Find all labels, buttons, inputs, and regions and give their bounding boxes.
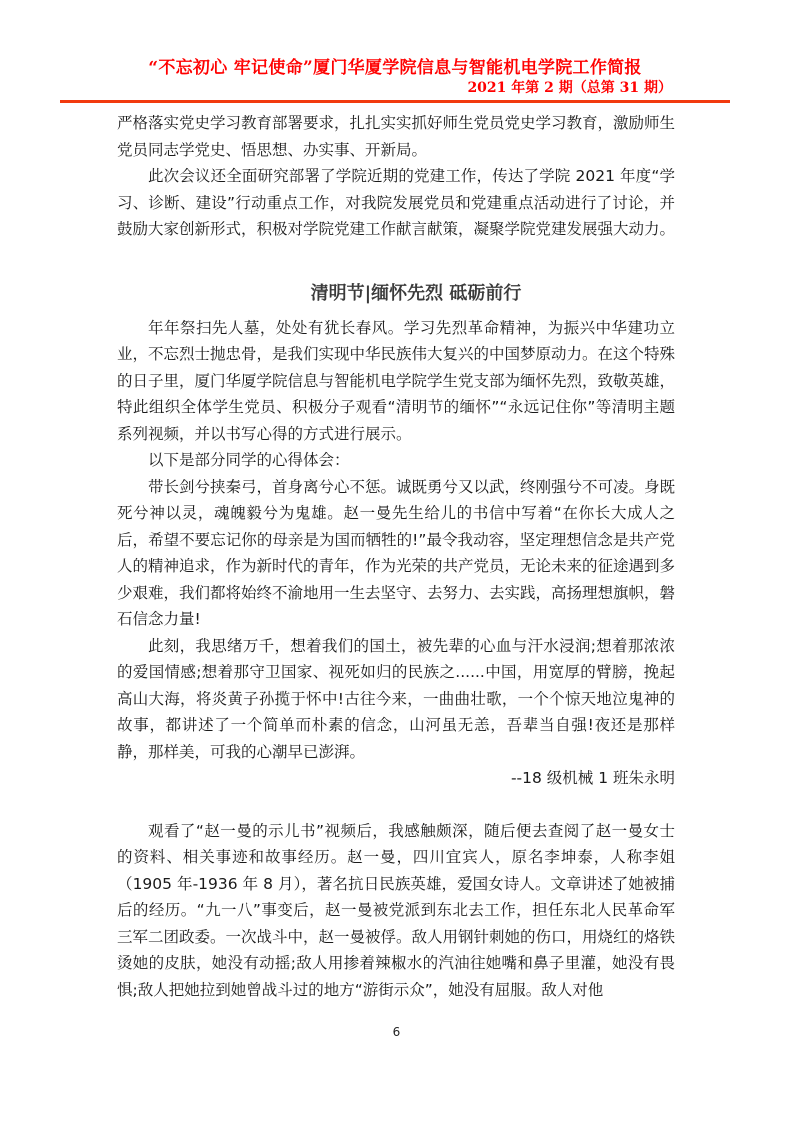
reflection-paragraph-1: 带长剑兮挟秦弓，首身离兮心不惩。诚既勇兮又以武，终刚强兮不可凌。身既死兮神以灵，… (117, 474, 675, 633)
section-title: 清明节|缅怀先烈 砥砺前行 (117, 279, 675, 309)
intro-paragraph-2: 此次会议还全面研究部署了学院近期的党建工作，传达了学院 2021 年度“学习、诊… (117, 163, 675, 243)
section-paragraph-1: 年年祭扫先人墓，处处有犹长春风。学习先烈革命精神，为振兴中华建功立业，不忘烈士抛… (117, 315, 675, 448)
author-signature: --18 级机械 1 班朱永明 (117, 765, 675, 792)
spacer (117, 792, 675, 818)
intro-paragraph-1: 严格落实党史学习教育部署要求，扎扎实实抓好师生党员党史学习教育，激励师生党员同志… (117, 110, 675, 163)
issue-number: 2021 年第 2 期（总第 31 期） (467, 77, 672, 97)
spacer (117, 243, 675, 279)
section-paragraph-2: 以下是部分同学的心得体会： (117, 447, 675, 474)
page-body: 严格落实党史学习教育部署要求，扎扎实实抓好师生党员党史学习教育，激励师生党员同志… (117, 110, 675, 1003)
header-divider (60, 100, 730, 103)
page-number: 6 (0, 1025, 793, 1039)
newsletter-title: “不忘初心 牢记使命”厦门华厦学院信息与智能机电学院工作简报 (60, 53, 730, 78)
reflection-paragraph-2: 此刻，我思绪万千，想着我们的国土，被先辈的心血与汗水浸润;想着那浓浓的爱国情感;… (117, 633, 675, 766)
reflection-paragraph-3: 观看了“赵一曼的示儿书”视频后，我感触颇深，随后便去查阅了赵一曼女士的资料、相关… (117, 818, 675, 1004)
